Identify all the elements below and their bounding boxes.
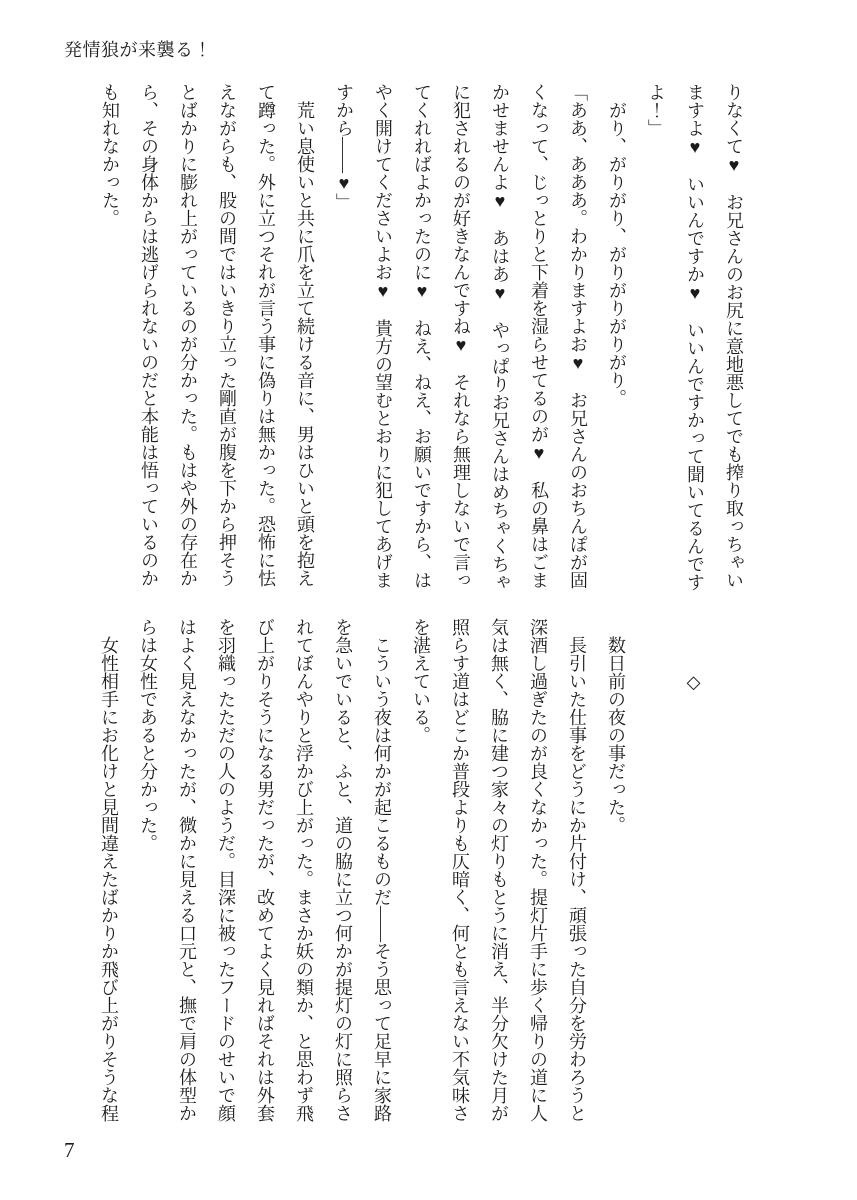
text-line: らは女性であると分かった。 [128,618,167,1126]
text-line: がり、がりがり、がりがりがりがり。 [597,83,636,591]
text-line: も知れなかった。 [90,83,129,591]
text-line: て蹲った。外に立つそれが言う事に偽りは無かった。恐怖に怯 [246,83,285,591]
text-line: はよく見えなかったが、微かに見える口元と、撫で肩の体型か [167,618,206,1126]
text-line: に犯されるのが好きなんですね♥ それなら無理しないで言っ [441,83,480,591]
text-line: りなくて♥ お兄さんのお尻に意地悪してでも搾り取っちゃい [714,83,753,591]
text-line: 「ああ、あああ。わかりますよお♥ お兄さんのおちんぽが固 [558,83,597,591]
text-line: やく開けてくださいよお♥ 貴方の望むとおりに犯してあげま [363,83,402,591]
running-header-title: 発情狼が来襲る！ [64,36,212,62]
text-line: を湛えている。 [401,618,440,1126]
text-line [635,618,674,1126]
text-line: 女性相手にお化けと見間違えたばかりか飛び上がりそうな程 [89,618,128,1126]
novel-page: 発情狼が来襲る！ りなくて♥ お兄さんのお尻に意地悪してでも搾り取っちゃいますよ… [0,0,857,1200]
text-line: こういう夜は何かが起こるものだ――そう思って足早に家路 [362,618,401,1126]
text-block-top: りなくて♥ お兄さんのお尻に意地悪してでも搾り取っちゃいますよ♥ いいんですか♥… [90,83,753,591]
text-block-bottom: ◇ 数日前の夜の事だった。 長引いた仕事をどうにか片付け、頑張った自分を労わろう… [89,618,713,1126]
page-number: 7 [64,1138,75,1163]
text-line: ◇ [674,618,713,1126]
text-line: び上がりそうになる男だったが、改めてよく見ればそれは外套 [245,618,284,1126]
text-line: 荒い息使いと共に爪を立て続ける音に、男はひいと頭を抱え [285,83,324,591]
text-line: えながらも、股の間ではいきり立った剛直が腹を下から押そう [207,83,246,591]
text-line: ますよ♥ いいんですか♥ いいんですかって聞いてるんです [675,83,714,591]
text-line: とばかりに膨れ上がっているのが分かった。もはや外の存在か [168,83,207,591]
text-line: くなって、じっとりと下着を湿らせてるのが♥ 私の鼻はごま [519,83,558,591]
text-line: 照らす道はどこか普段よりも仄暗く、何とも言えない不気味さ [440,618,479,1126]
text-line: てくれればよかったのに♥ ねえ、ねえ、お願いですから、は [402,83,441,591]
text-line: ら、その身体からは逃げられないのだと本能は悟っているのか [129,83,168,591]
text-line: よ！」 [636,83,675,591]
text-line: 深酒し過ぎたのが良くなかった。提灯片手に歩く帰りの道に人 [518,618,557,1126]
text-line: 数日前の夜の事だった。 [596,618,635,1126]
text-line: れてぼんやりと浮かび上がった。まさか妖の類か、と思わず飛 [284,618,323,1126]
text-line: 長引いた仕事をどうにか片付け、頑張った自分を労わろうと [557,618,596,1126]
text-line: すから――♥」 [324,83,363,591]
text-line: を羽織ったただの人のようだ。目深に被ったフードのせいで顔 [206,618,245,1126]
text-line: 気は無く、脇に建つ家々の灯りもとうに消え、半分欠けた月が [479,618,518,1126]
text-line: を急いでいると、ふと、道の脇に立つ何かが提灯の灯に照らさ [323,618,362,1126]
text-line: かせませんよ♥ あはあ♥ やっぱりお兄さんはめちゃくちゃ [480,83,519,591]
